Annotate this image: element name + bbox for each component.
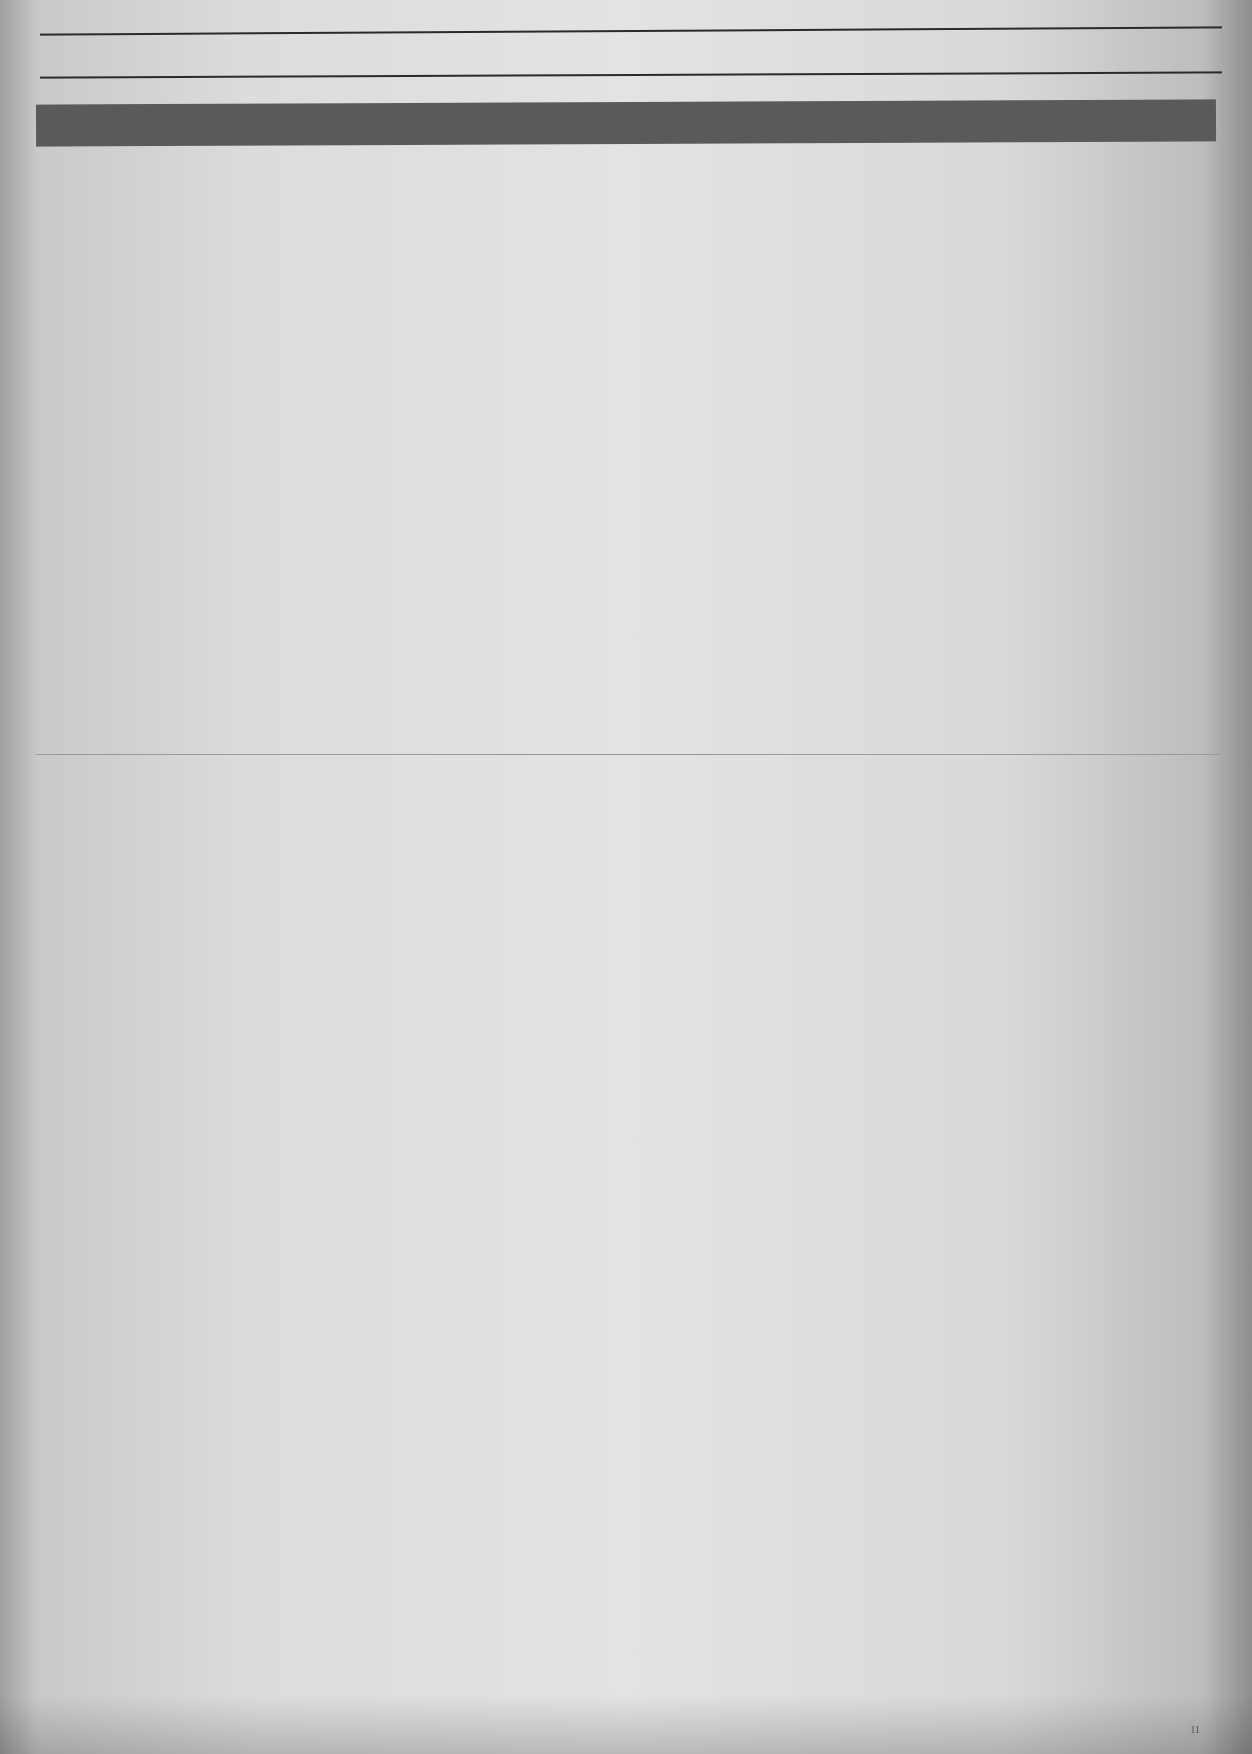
header-top-rule	[40, 26, 1222, 35]
newspaper-page: 11	[0, 0, 1252, 1754]
kicker-banner	[36, 99, 1216, 146]
footer-mark: 11	[1190, 1725, 1200, 1736]
header-bottom-rule	[40, 71, 1222, 78]
top-article-body	[38, 302, 1218, 742]
sector-programs-body	[30, 815, 1220, 1715]
section-divider	[36, 754, 1221, 755]
